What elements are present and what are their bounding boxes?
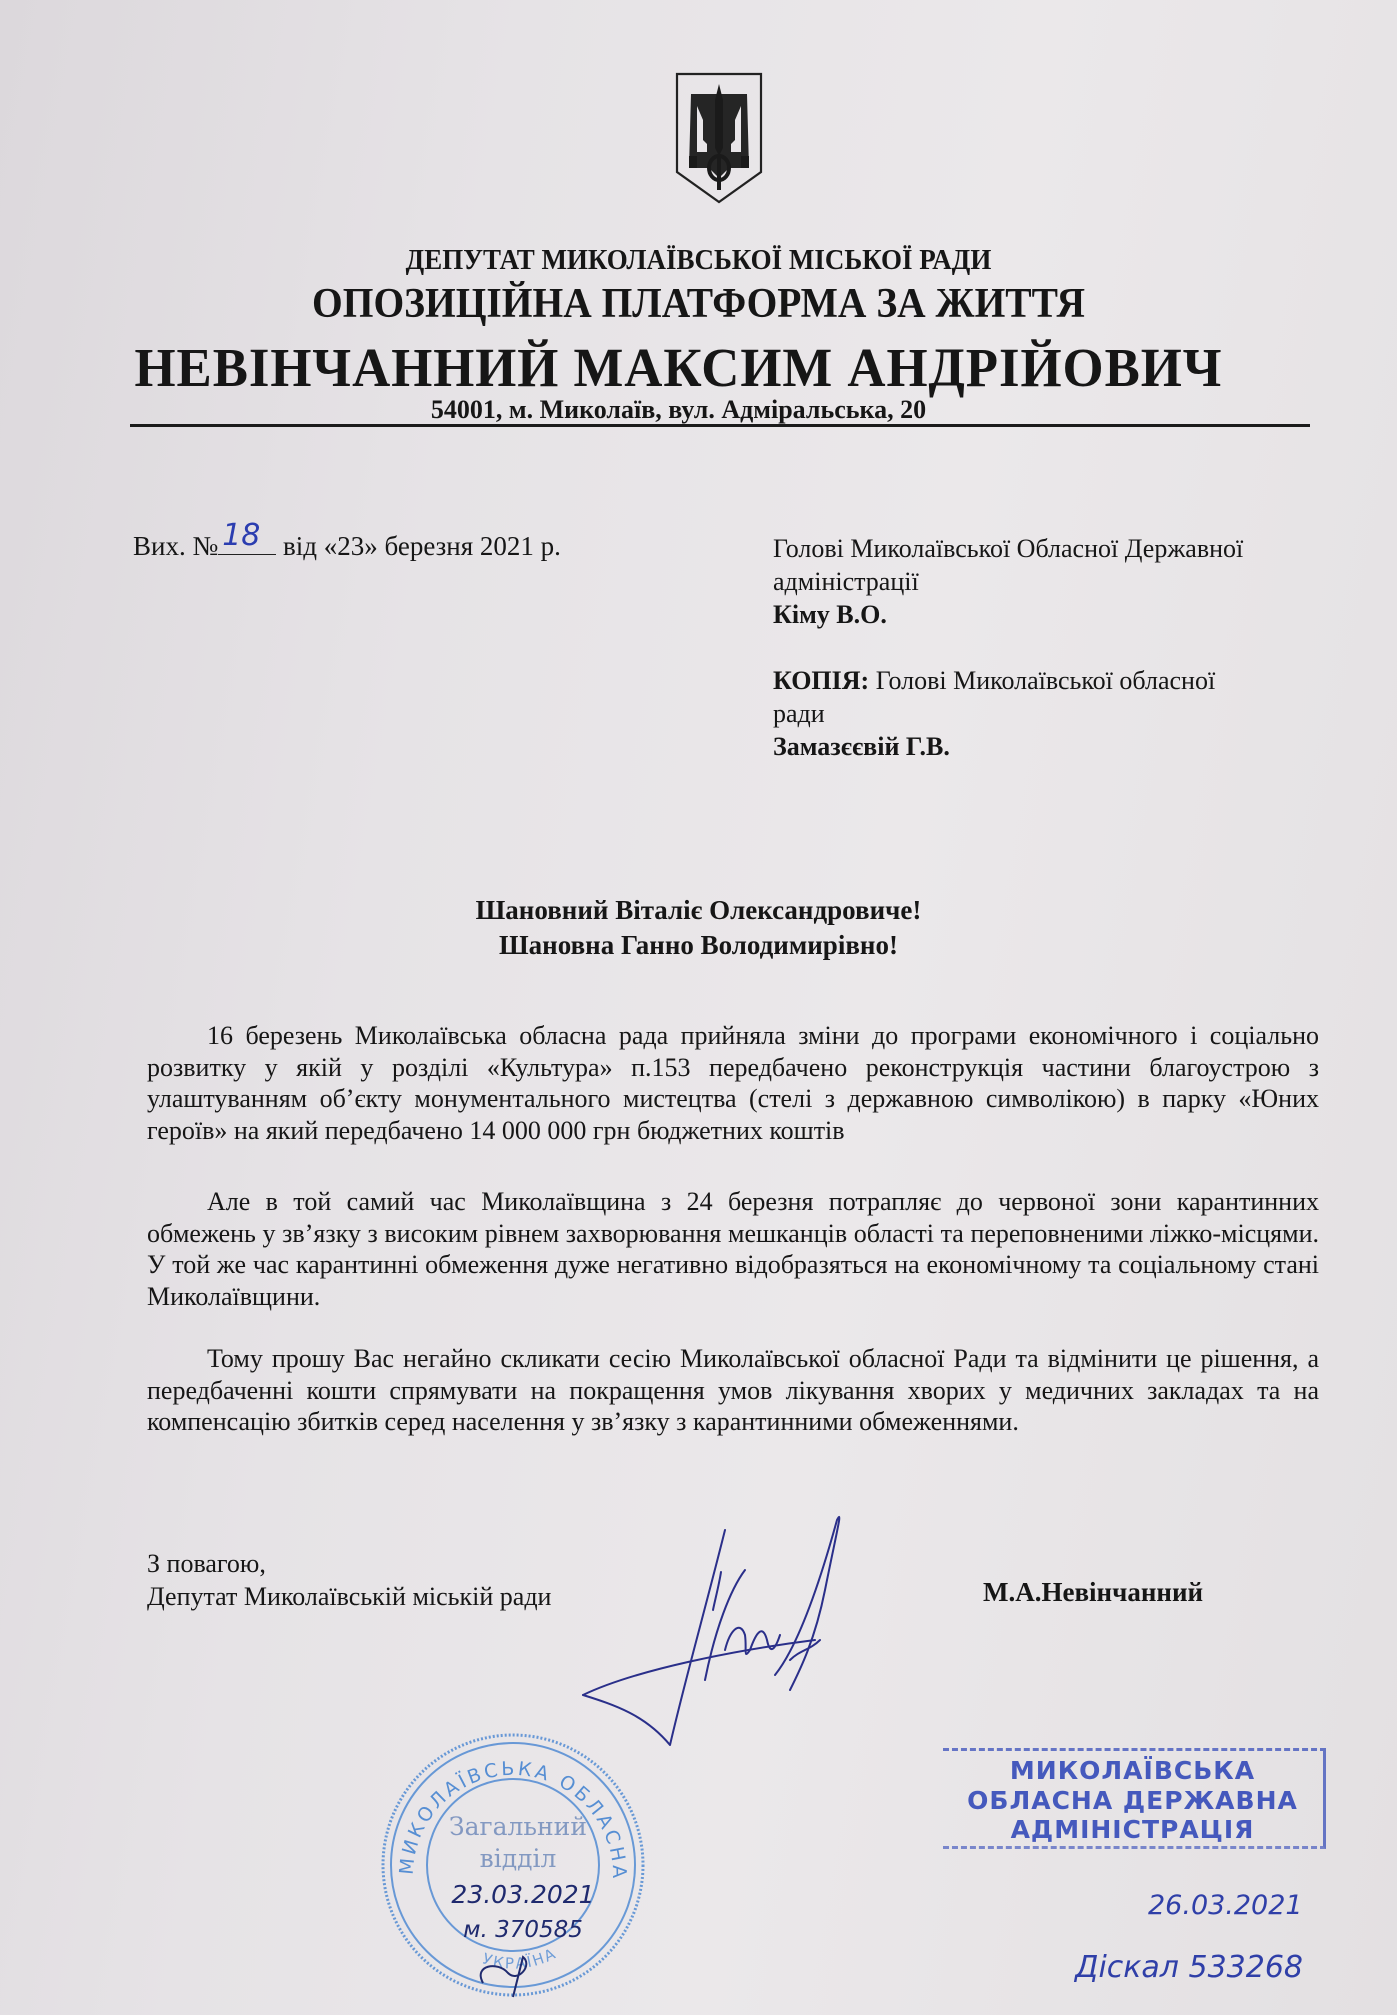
paragraph-text: Але в той самий час Миколаївщина з 24 бе… — [147, 1186, 1319, 1312]
closing-block: З повагою, Депутат Миколаївській міській… — [147, 1547, 551, 1613]
closing-line2: Депутат Миколаївській міській ради — [147, 1580, 551, 1613]
copy-label: КОПІЯ: — [773, 666, 869, 695]
rect-stamp-line3: АДМІНІСТРАЦІЯ — [935, 1815, 1330, 1844]
ukraine-coat-of-arms-icon — [673, 70, 765, 206]
signer-name: М.А.Невінчанний — [983, 1577, 1203, 1608]
round-stamp-inner-line1: Загальний — [449, 1812, 587, 1841]
header-party-name: ОПОЗИЦІЙНА ПЛАТФОРМА ЗА ЖИТТЯ — [42, 280, 1355, 328]
body-paragraph-1: 16 березень Миколаївська обласна рада пр… — [147, 1020, 1319, 1146]
header-deputy-name: НЕВІНЧАННИЙ МАКСИМ АНДРІЙОВИЧ — [8, 336, 1349, 399]
copy-line2: ради — [773, 697, 1333, 730]
copy-name: Замазєєвій Г.В. — [773, 732, 950, 761]
recipient-block: Голові Миколаївської Обласної Державної … — [773, 532, 1333, 763]
outgoing-reference: Вих. №18 від «23» березня 2021 р. — [133, 528, 561, 562]
header-title-line1: ДЕПУТАТ МИКОЛАЇВСЬКОЇ МІСЬКОЇ РАДИ — [49, 244, 1348, 277]
greeting: Шановний Віталіє Олександровиче! Шановна… — [0, 893, 1397, 963]
rect-stamp-line2: ОБЛАСНА ДЕРЖАВНА — [935, 1786, 1330, 1815]
round-stamp-inner-line2: відділ — [480, 1844, 557, 1873]
rect-stamp-line1: МИКОЛАЇВСЬКА — [935, 1756, 1330, 1785]
body-paragraph-2: Але в той самий час Миколаївщина з 24 бе… — [147, 1186, 1319, 1312]
paragraph-text: 16 березень Миколаївська обласна рада пр… — [147, 1020, 1319, 1146]
handwritten-signature — [575, 1510, 975, 1760]
recipient-line2: адміністрації — [773, 565, 1333, 598]
body-paragraph-3: Тому прошу Вас негайно скликати сесію Ми… — [147, 1343, 1319, 1438]
header-address: 54001, м. Миколаїв, вул. Адміральська, 2… — [0, 395, 1377, 425]
greeting-line1: Шановний Віталіє Олександровиче! — [0, 893, 1397, 928]
reference-number-field: 18 — [218, 528, 276, 555]
reference-number-handwritten: 18 — [222, 518, 260, 553]
handwritten-registration-number: Діскал 533268 — [1075, 1950, 1303, 1985]
copy-line1: Голові Миколаївської обласної — [869, 666, 1215, 695]
paragraph-text: Тому прошу Вас негайно скликати сесію Ми… — [147, 1343, 1319, 1438]
reference-date: від «23» березня 2021 р. — [283, 531, 561, 561]
rectangular-stamp-state-administration: МИКОЛАЇВСЬКА ОБЛАСНА ДЕРЖАВНА АДМІНІСТРА… — [935, 1740, 1330, 1840]
round-stamp-handwritten-number: м. 370585 — [463, 1917, 583, 1943]
recipient-line1: Голові Миколаївської Обласної Державної — [773, 532, 1333, 565]
closing-line1: З повагою, — [147, 1547, 551, 1580]
round-stamp-regional-council: МИКОЛАЇВСЬКА ОБЛАСНА РАДА УКРАЇНА Загаль… — [373, 1725, 653, 2005]
reference-prefix: Вих. № — [133, 531, 218, 561]
greeting-line2: Шановна Ганно Володимирівно! — [0, 928, 1397, 963]
handwritten-received-date: 26.03.2021 — [1148, 1890, 1303, 1921]
header-divider — [130, 424, 1310, 427]
recipient-name: Кіму В.О. — [773, 600, 887, 629]
round-stamp-handwritten-date: 23.03.2021 — [451, 1880, 594, 1909]
